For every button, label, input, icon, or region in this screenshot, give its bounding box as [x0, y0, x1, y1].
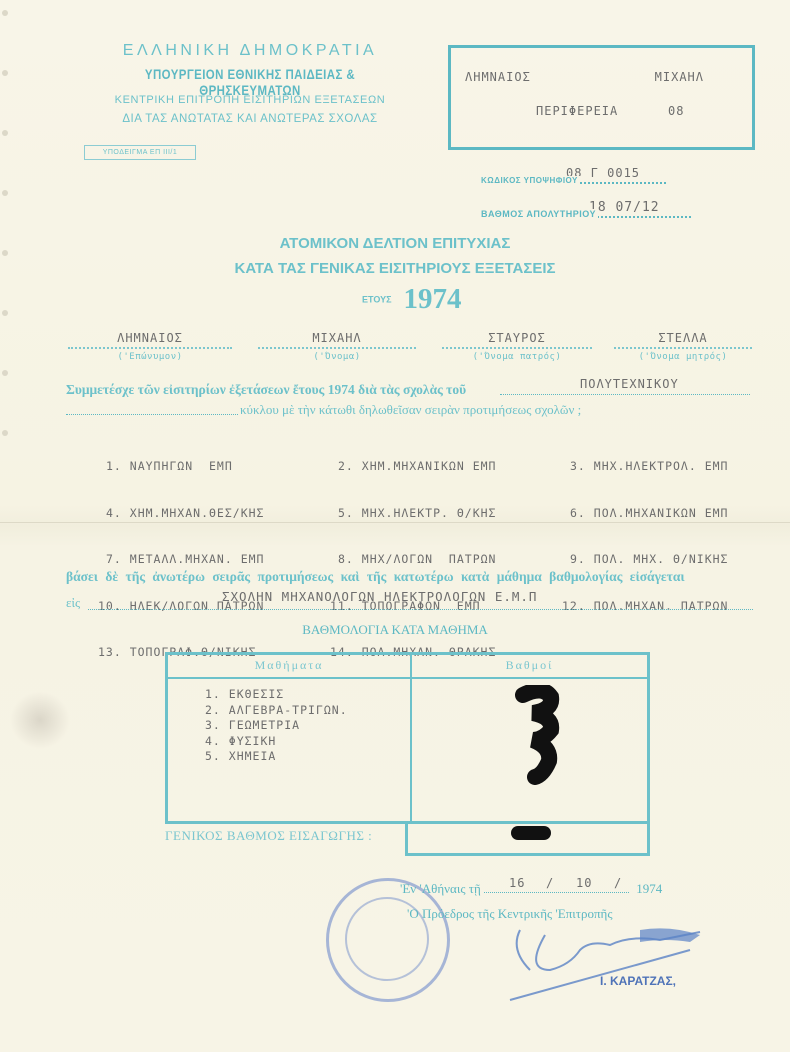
address-surname: ΛΗΜΝΑΙΟΣ: [465, 70, 531, 84]
mother-name-field: ΣΤΕΛΛΑ ('Όνομα μητρός): [614, 331, 752, 362]
cycle-line: [500, 394, 750, 395]
preference-item: 3. ΜΗΧ.ΗΛΕΚΤΡΟΛ. ΕΜΠ: [570, 459, 728, 475]
redacted-grades: [513, 685, 563, 785]
admission-text: βάσει δὲ τῆς ἀνωτέρω σειρᾶς προτιμήσεως …: [66, 569, 685, 585]
father-name-field: ΣΤΑΥΡΟΣ ('Όνομα πατρός): [442, 331, 592, 362]
country-heading: ΕΛΛΗΝΙΚΗ ΔΗΜΟΚΡΑΤΙΑ: [60, 42, 440, 60]
father-name-caption: ('Όνομα πατρός): [442, 352, 592, 362]
surname-caption: ('Επώνυμον): [68, 352, 232, 362]
mother-name-caption: ('Όνομα μητρός): [614, 352, 752, 362]
first-name-value: ΜΙΧΑΗΛ: [258, 331, 416, 345]
subject-item: 1. ΕΚΘΕΣΙΣ: [205, 687, 348, 703]
preference-item: 6. ΠΟΛ.ΜΗΧΑΝΙΚΩΝ ΕΜΠ: [570, 506, 728, 522]
exam-year: ΕΤΟΥΣ 1974: [362, 283, 462, 316]
subject-item: 2. ΑΛΓΕΒΡΑ-ΤΡΙΓΩΝ.: [205, 703, 348, 719]
leaving-grade-label: ΒΑΘΜΟΣ ΑΠΟΛΥΤΗΡΙΟΥ: [481, 209, 598, 219]
first-name-caption: ('Όνομα): [258, 352, 416, 362]
address-name: ΜΙΧΑΗΛ: [655, 70, 704, 84]
date-line: 'Εν 'Αθήναις τῇ 16 / 10 / 1974: [400, 880, 662, 897]
signatory-name: Ι. ΚΑΡΑΤΖΑΣ,: [600, 974, 676, 988]
total-grade-cell: [405, 822, 650, 856]
redacted-total: [511, 826, 551, 840]
preference-item: 4. ΧΗΜ.ΜΗΧΑΝ.ΘΕΣ/ΚΗΣ: [106, 506, 264, 522]
surname-field: ΛΗΜΝΑΙΟΣ ('Επώνυμον): [68, 331, 232, 362]
preference-item: 2. ΧΗΜ.ΜΗΧΑΝΙΚΩΝ ΕΜΠ: [338, 459, 496, 475]
participation-text: Συμμετέσχε τῶν εἰσιτηρίων ἐξετάσεων ἔτου…: [66, 382, 466, 398]
candidate-code-label: ΚΩΔΙΚΟΣ ΥΠΟΨΗΦΙΟΥ: [481, 176, 580, 185]
leaving-grade-field: 18 07/12 ΒΑΘΜΟΣ ΑΠΟΛΥΤΗΡΙΟΥ: [481, 198, 691, 220]
preferences-col-2: 2. ΧΗΜ.ΜΗΧΑΝΙΚΩΝ ΕΜΠ 5. ΜΗΧ.ΗΛΕΚΤΡ. Θ/ΚΗ…: [338, 428, 496, 676]
subject-item: 5. ΧΗΜΕΙΑ: [205, 749, 348, 765]
participation-text-2: κύκλου μὲ τὴν κάτωθι δηλωθεῖσαν σειρὰν π…: [240, 402, 581, 418]
year-label: ΕΤΟΥΣ: [362, 295, 392, 305]
first-name-field: ΜΙΧΑΗΛ ('Όνομα): [258, 331, 416, 362]
surname-value: ΛΗΜΝΑΙΟΣ: [68, 331, 232, 345]
region-value: 08: [668, 104, 684, 118]
date-month: 10: [576, 876, 592, 890]
schools-heading: ΔΙΑ ΤΑΣ ΑΝΩΤΑΤΑΣ ΚΑΙ ΑΝΩΤΕΡΑΣ ΣΧΟΛΑΣ: [60, 113, 440, 125]
subjects-header: Μαθήματα: [168, 658, 410, 673]
preferences-col-3: 3. ΜΗΧ.ΗΛΕΚΤΡΟΛ. ΕΜΠ 6. ΠΟΛ.ΜΗΧΑΝΙΚΩΝ ΕΜ…: [570, 428, 728, 630]
cycle-line-2: [66, 414, 238, 415]
region-label: ΠΕΡΙΦΕΡΕΙΑ: [536, 104, 618, 118]
preference-item: 1. ΝΑΥΠΗΓΩΝ ΕΜΠ: [106, 459, 264, 475]
place-label: 'Εν 'Αθήναις τῇ: [400, 881, 481, 896]
preference-item: 9. ΠΟΛ. ΜΗΧ. Θ/ΝΙΚΗΣ: [570, 552, 728, 568]
date-slash-1: /: [546, 876, 554, 890]
form-model-label: ΥΠΟΔΕΙΓΜΑ ΕΠ ΙΙΙ/1: [84, 145, 196, 160]
father-name-value: ΣΤΑΥΡΟΣ: [442, 331, 592, 345]
date-day: 16: [509, 876, 525, 890]
year-value: 1974: [404, 283, 462, 315]
candidate-code-field: 08 Γ 0015 ΚΩΔΙΚΟΣ ΥΠΟΨΗΦΙΟΥ: [481, 164, 666, 186]
subject-item: 4. ΦΥΣΙΚΗ: [205, 734, 348, 750]
fold-crease: [0, 522, 790, 523]
document-subtitle: ΚΑΤΑ ΤΑΣ ΓΕΝΙΚΑΣ ΕΙΣΙΤΗΡΙΟΥΣ ΕΞΕΤΑΣΕΙΣ: [0, 260, 790, 277]
admitted-school: ΣΧΟΛΗΝ ΜΗΧΑΝΟΛΟΓΩΝ ΗΛΕΚΤΡΟΛΟΓΩΝ Ε.Μ.Π: [222, 589, 537, 604]
signature: [490, 910, 710, 1010]
committee-heading: ΚΕΝΤΡΙΚΗ ΕΠΙΤΡΟΠΗ ΕΙΣΙΤΗΡΙΩΝ ΕΞΕΤΑΣΕΩΝ: [60, 94, 440, 106]
grades-table: Μαθήματα Βαθμοί 1. ΕΚΘΕΣΙΣ 2. ΑΛΓΕΒΡΑ-ΤΡ…: [165, 652, 650, 824]
total-grade-label: ΓΕΝΙΚΟΣ ΒΑΘΜΟΣ ΕΙΣΑΓΩΓΗΣ :: [165, 828, 372, 844]
grades-header: Βαθμοί: [412, 658, 647, 673]
preferences-col-1: 1. ΝΑΥΠΗΓΩΝ ΕΜΠ 4. ΧΗΜ.ΜΗΧΑΝ.ΘΕΣ/ΚΗΣ 7. …: [106, 428, 264, 676]
admission-line: [88, 609, 753, 610]
document-title: ΑΤΟΜΙΚΟΝ ΔΕΛΤΙΟΝ ΕΠΙΤΥΧΙΑΣ: [0, 235, 790, 252]
mother-name-value: ΣΤΕΛΛΑ: [614, 331, 752, 345]
cycle-value: ΠΟΛΥΤΕΧΝΙΚΟΥ: [580, 377, 679, 391]
preference-item: 7. ΜΕΤΑΛΛ.ΜΗΧΑΝ. ΕΜΠ: [106, 552, 264, 568]
address-box: ΛΗΜΝΑΙΟΣ ΜΙΧΑΗΛ ΠΕΡΙΦΕΡΕΙΑ 08: [448, 45, 755, 150]
subject-item: 3. ΓΕΩΜΕΤΡΙΑ: [205, 718, 348, 734]
subjects-list: 1. ΕΚΘΕΣΙΣ 2. ΑΛΓΕΒΡΑ-ΤΡΙΓΩΝ. 3. ΓΕΩΜΕΤΡ…: [205, 687, 348, 765]
date-year: 1974: [636, 881, 662, 896]
date-dotline: 16 / 10 /: [484, 880, 629, 893]
grades-title: ΒΑΘΜΟΛΟΓΙΑ ΚΑΤΑ ΜΑΘΗΜΑ: [0, 622, 790, 638]
preference-item: 12. ΠΟΛ.ΜΗΧΑΝ. ΠΑΤΡΩΝ: [562, 599, 728, 615]
preference-item: 8. ΜΗΧ/ΛΟΓΩΝ ΠΑΤΡΩΝ: [338, 552, 496, 568]
leaving-grade-value: 18 07/12: [589, 200, 660, 215]
preference-item: 5. ΜΗΧ.ΗΛΕΚΤΡ. Θ/ΚΗΣ: [338, 506, 496, 522]
date-slash-2: /: [614, 876, 622, 890]
admission-prefix: εἰς: [66, 595, 80, 611]
